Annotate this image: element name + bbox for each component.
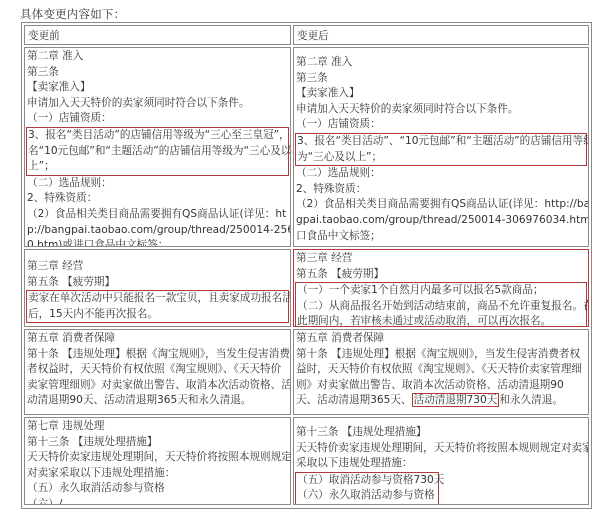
section-title: 【卖家准入】 — [27, 80, 288, 96]
text-fragment: 和永久清退。 — [499, 394, 563, 406]
text-line: 后，15天内不能再次报名。 — [28, 307, 287, 323]
text-line: 为“三心及以上”； — [297, 150, 585, 166]
changed-highlight: 卖家在单次活动中只能报名一款宝贝，且卖家成功报名活动 后，15天内不能再次报名。 — [26, 290, 289, 323]
text-line: （一）店铺资质： — [27, 111, 288, 127]
text-line: 名“10元包邮”和“主题活动”的店铺信用等级为“三心及以 — [28, 144, 287, 160]
header-after: 变更后 — [293, 25, 589, 45]
text-line: 0.htm)或进口食品中文标签； — [27, 238, 288, 247]
chapter-title: 第五章 消费者保障 — [296, 331, 586, 347]
text-line: 口食品中文标签； — [296, 229, 586, 245]
text-line: 天天特价卖家违规处理期间，天天特价将按照本规则规定对卖家 — [296, 441, 586, 457]
chapter-title: 第五章 消费者保障 — [27, 331, 288, 347]
article-title: 第十三条 【违规处理措施】 — [27, 435, 288, 451]
text-line: （六）/ — [27, 497, 288, 505]
changed-highlight: 活动清退期730天 — [412, 393, 500, 407]
header-before-label: 变更前 — [28, 30, 60, 42]
row4-after: 第十三条 【违规处理措施】 天天特价卖家违规处理期间，天天特价将按照本规则规定对… — [293, 417, 589, 505]
text-line: 则》对卖家做出警告、取消本次活动资格、活动清退期90 — [296, 378, 586, 394]
changed-highlight: （五）取消活动参与资格730天 （六）永久取消活动参与资格 — [295, 472, 439, 505]
section-title: 【卖家准入】 — [296, 86, 586, 102]
text-line: （2）食品相关类目商品需要拥有QS商品认证(详见：ht — [27, 207, 288, 223]
text-line: 第十条 【违规处理】根据《淘宝规则》，当发生侵害消费 — [27, 347, 288, 363]
text-line: 卖家在单次活动中只能报名一款宝贝，且卖家成功报名活动 — [28, 291, 287, 307]
text-line: （二）从商品报名开始到活动结束前，商品不允许重复报名。在 — [297, 299, 585, 315]
text-line: （一）一个卖家1个自然月内最多可以报名5款商品； — [297, 283, 585, 299]
text-line: （二）选品规则： — [296, 166, 586, 182]
text-line: 3、报名“类目活动”、“10元包邮”和“主题活动”的店铺信用等级 — [297, 134, 585, 150]
article-title: 第五条 【疲劳期】 — [296, 267, 586, 283]
text-line: p://bangpai.taobao.com/group/thread/2500… — [27, 223, 288, 239]
changed-highlight: 3、报名“类目活动”、“10元包邮”和“主题活动”的店铺信用等级 为“三心及以上… — [295, 133, 587, 166]
chapter-title: 第三章 经营 — [27, 259, 288, 275]
article-title: 第五条 【疲劳期】 — [27, 275, 288, 291]
text-line: 对卖家采取以下违规处理措施： — [27, 466, 288, 482]
text-line: 上”； — [28, 159, 287, 175]
row4-before: 第七章 违规处理 第十三条 【违规处理措施】 天天特价卖家违规处理期间，天天特价… — [24, 417, 291, 505]
article-title: 第三条 — [27, 65, 288, 81]
row1-after: 第二章 准入 第三条 【卖家准入】 申请加入天天特价的卖家须同时符合以下条件。 … — [293, 47, 589, 247]
header-before: 变更前 — [24, 25, 291, 45]
text-line: （二）选品规则： — [27, 176, 288, 192]
text-line: 2、特殊资质： — [296, 182, 586, 198]
article-title: 第十三条 【违规处理措施】 — [296, 425, 586, 441]
row3-before: 第五章 消费者保障 第十条 【违规处理】根据《淘宝规则》，当发生侵害消费 者权益… — [24, 329, 291, 415]
text-line: 者权益时，天天特价有权依照《淘宝规则》、《天天特价 — [27, 362, 288, 378]
text-line: 2、特殊资质： — [27, 191, 288, 207]
changed-highlight: （一）一个卖家1个自然月内最多可以报名5款商品； （二）从商品报名开始到活动结束… — [295, 282, 587, 327]
text-fragment: 天、活动清退期365天、 — [296, 394, 412, 406]
row2-before: 第三章 经营 第五条 【疲劳期】 卖家在单次活动中只能报名一款宝贝，且卖家成功报… — [24, 249, 291, 327]
header-after-label: 变更后 — [297, 30, 329, 42]
text-line: （一）店铺资质： — [296, 117, 586, 133]
intro-text: 具体变更内容如下： — [20, 6, 125, 22]
changed-highlight: 3、报名“类目活动”的店铺信用等级为“三心至三皇冠”，报 名“10元包邮”和“主… — [26, 127, 289, 176]
row3-after: 第五章 消费者保障 第十条 【违规处理】根据《淘宝规则》，当发生侵害消费者权 益… — [293, 329, 589, 415]
text-line: 申请加入天天特价的卖家须同时符合以下条件。 — [27, 96, 288, 112]
chapter-title: 第三章 经营 — [296, 251, 586, 267]
text-line: 益时，天天特价有权依照《淘宝规则》、《天天特价卖家管理细 — [296, 362, 586, 378]
text-line: 动清退期90天、活动清退期365天和永久清退。 — [27, 393, 288, 409]
text-line: 天、活动清退期365天、活动清退期730天和永久清退。 — [296, 393, 586, 409]
text-line: 天天特价卖家违规处理期间，天天特价将按照本规则规定 — [27, 450, 288, 466]
text-line: 采取以下违规处理措施： — [296, 456, 586, 472]
text-line: （五）永久取消活动参与资格 — [27, 481, 288, 497]
text-line: 此期间内，若审核未通过或活动取消，可以再次报名。 — [297, 314, 585, 327]
text-line: 申请加入天天特价的卖家须同时符合以下条件。 — [296, 102, 586, 118]
text-line: 第十条 【违规处理】根据《淘宝规则》，当发生侵害消费者权 — [296, 347, 586, 363]
row1-before: 第二章 准入 第三条 【卖家准入】 申请加入天天特价的卖家须同时符合以下条件。 … — [24, 47, 291, 247]
text-line: （六）永久取消活动参与资格 — [297, 488, 437, 504]
text-line: （2）食品相关类目商品需要拥有QS商品认证(详见：http://ban — [296, 197, 586, 213]
text-line: （五）取消活动参与资格730天 — [297, 473, 437, 489]
text-line: 3、报名“类目活动”的店铺信用等级为“三心至三皇冠”，报 — [28, 128, 287, 144]
text-line: gpai.taobao.com/group/thread/250014-3069… — [296, 213, 586, 229]
chapter-title: 第二章 准入 — [296, 55, 586, 71]
text-line: 卖家管理细则》对卖家做出警告、取消本次活动资格、活 — [27, 378, 288, 394]
chapter-title: 第二章 准入 — [27, 49, 288, 65]
row2-after: 第三章 经营 第五条 【疲劳期】 （一）一个卖家1个自然月内最多可以报名5款商品… — [293, 249, 589, 327]
article-title: 第三条 — [296, 71, 586, 87]
chapter-title: 第七章 违规处理 — [27, 419, 288, 435]
